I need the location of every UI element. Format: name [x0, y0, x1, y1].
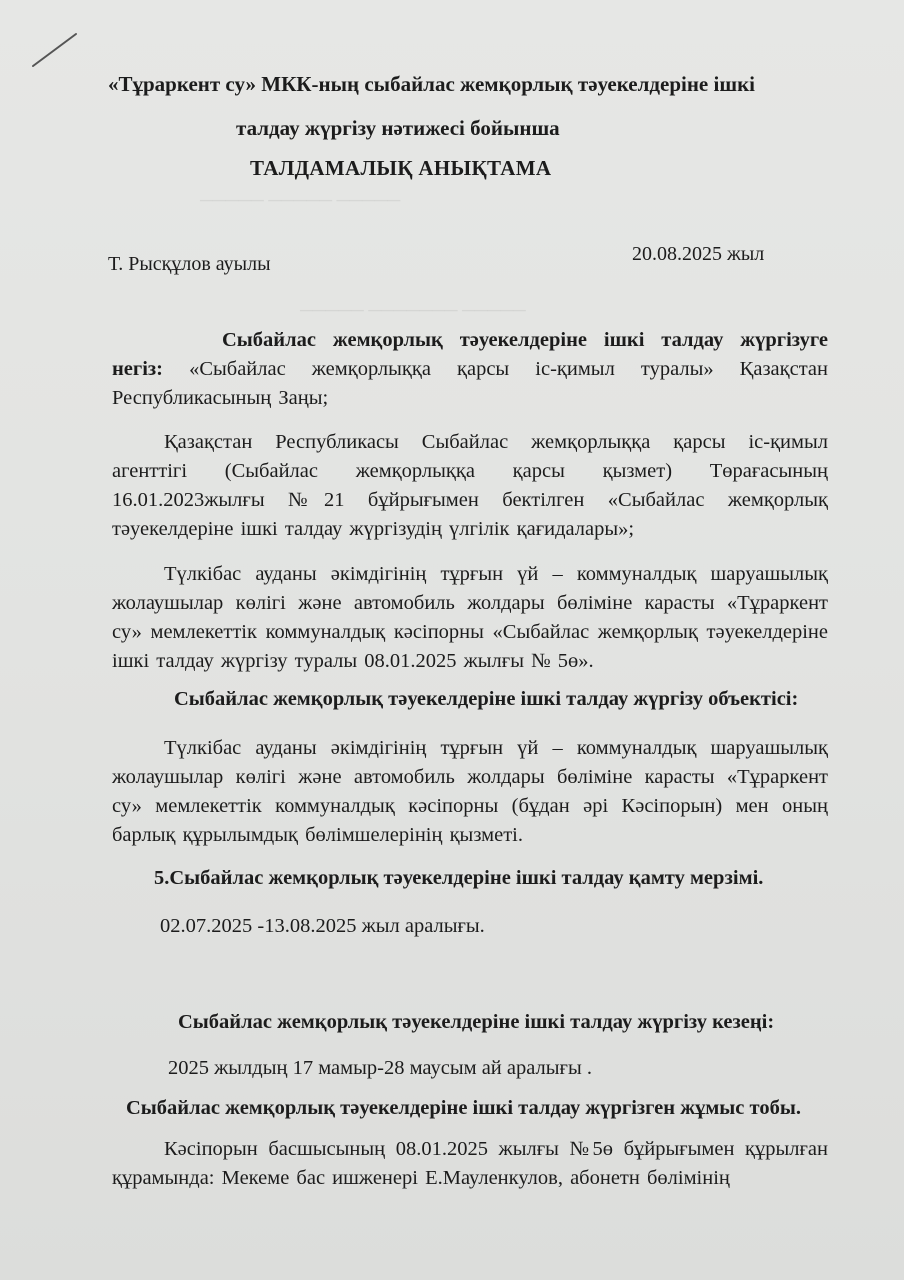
document-title-line-1: «Тұраркент су» МКК-ның сыбайлас жемқорлы…	[108, 72, 755, 97]
document-place: Т. Рысқұлов ауылы	[108, 253, 271, 276]
document-title-main: ТАЛДАМАЛЫҚ АНЫҚТАМА	[250, 156, 551, 181]
basis-paragraph-3: Түлкібас ауданы әкімдігінің тұрғын үй – …	[112, 560, 828, 676]
period-text: 2025 жылдың 17 мамыр-28 маусым ай аралығ…	[168, 1057, 592, 1080]
object-paragraph: Түлкібас ауданы әкімдігінің тұрғын үй – …	[112, 734, 828, 850]
period-heading: Сыбайлас жемқорлық тәуекелдеріне ішкі та…	[178, 1011, 774, 1034]
basis-paragraph: Сыбайлас жемқорлық тәуекелдеріне ішкі та…	[112, 326, 828, 413]
team-paragraph: Кәсіпорын басшысының 08.01.2025 жылғы №5…	[112, 1135, 828, 1193]
regulation-reference: Қазақстан Республикасы Сыбайлас жемқорлы…	[112, 431, 828, 540]
basis-paragraph-2: Қазақстан Республикасы Сыбайлас жемқорлы…	[112, 428, 828, 544]
basis-text: «Сыбайлас жемқорлыққа қарсы іс-қимыл тур…	[112, 358, 828, 409]
coverage-period: 02.07.2025 -13.08.2025 жыл аралығы.	[160, 915, 485, 938]
document-page: ───── ───── ───── ───── ─────── ───── «Т…	[0, 0, 904, 1280]
order-reference: Түлкібас ауданы әкімдігінің тұрғын үй – …	[112, 563, 828, 672]
pen-stroke-mark	[30, 30, 80, 70]
coverage-heading: 5.Сыбайлас жемқорлық тәуекелдеріне ішкі …	[154, 867, 763, 890]
object-text: Түлкібас ауданы әкімдігінің тұрғын үй – …	[112, 737, 828, 846]
document-date: 20.08.2025 жыл	[632, 243, 764, 266]
bleed-through-text: ───── ─────── ─────	[300, 300, 526, 321]
object-heading: Сыбайлас жемқорлық тәуекелдеріне ішкі та…	[174, 688, 798, 711]
bleed-through-text: ───── ───── ─────	[200, 190, 400, 211]
team-text: Кәсіпорын басшысының 08.01.2025 жылғы №5…	[112, 1138, 828, 1189]
team-heading: Сыбайлас жемқорлық тәуекелдеріне ішкі та…	[126, 1097, 801, 1120]
document-title-line-2: талдау жүргізу нәтижесі бойынша	[236, 116, 560, 141]
